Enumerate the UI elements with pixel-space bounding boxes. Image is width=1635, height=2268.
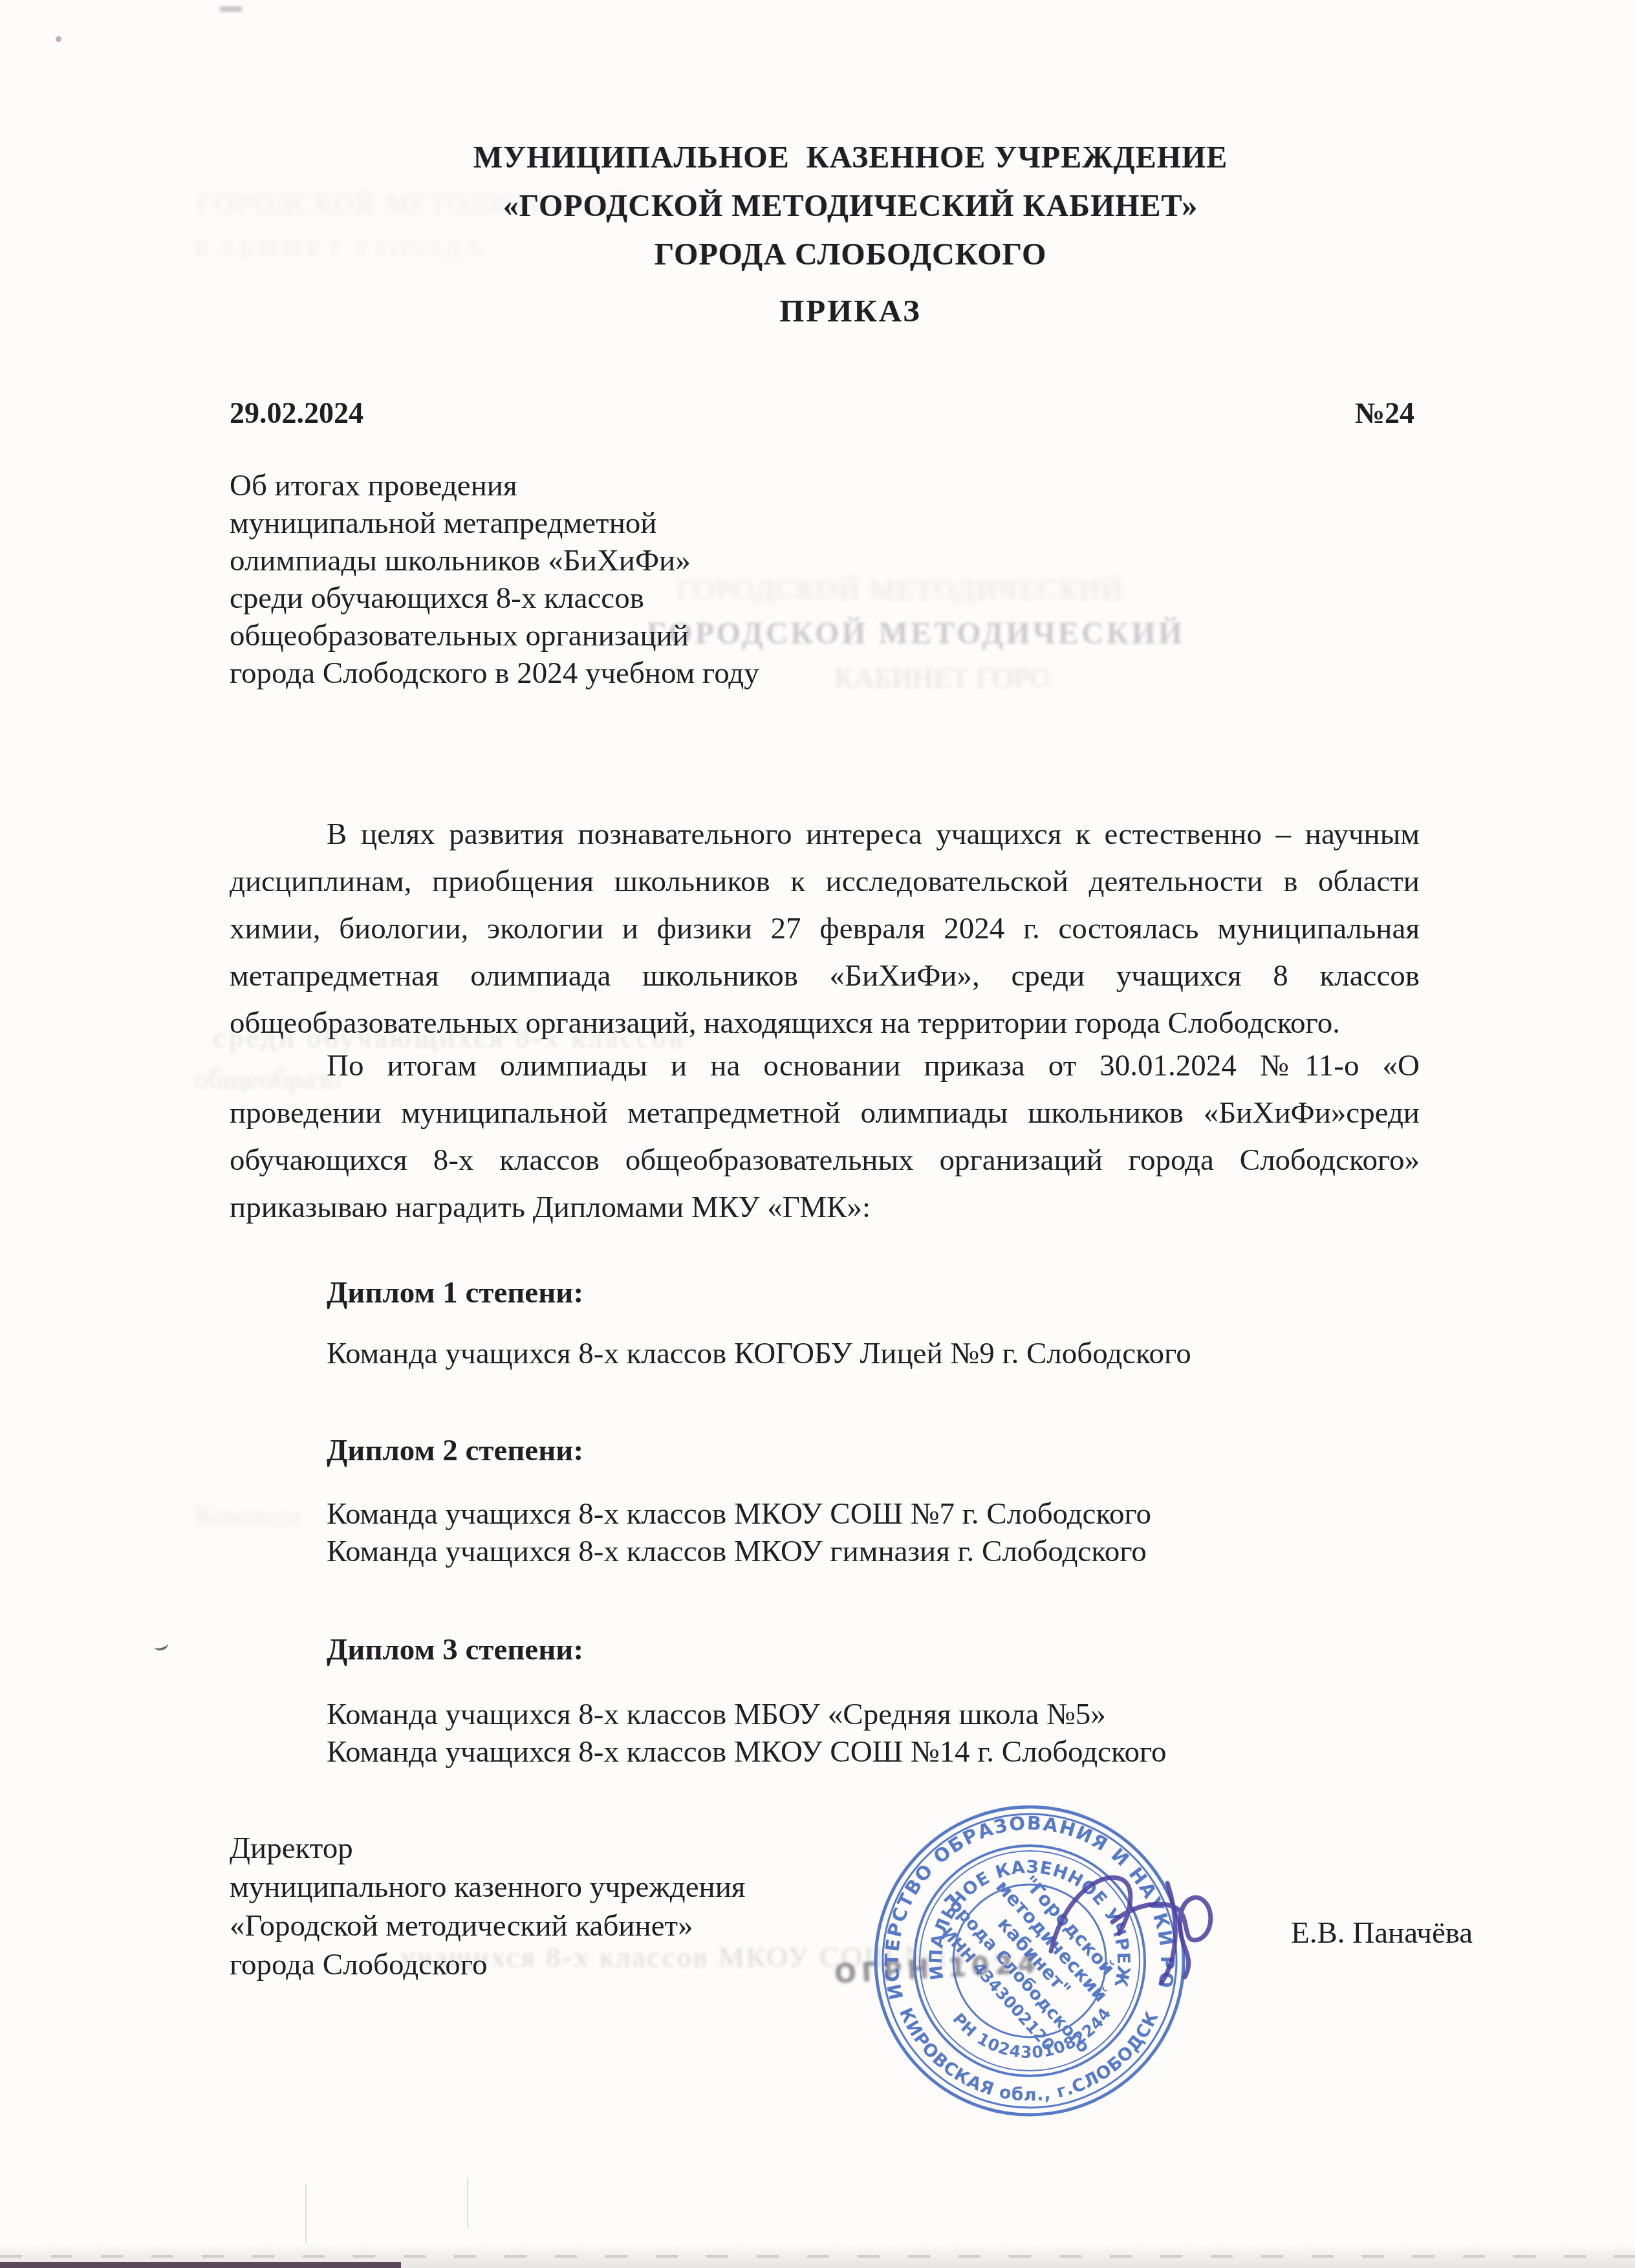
scan-speck xyxy=(56,36,61,42)
paragraph-line: проведении муниципальной метапредметной … xyxy=(230,1090,1420,1137)
paragraph-line: В целях развития познавательного интерес… xyxy=(230,811,1420,858)
subject-line: города Слободского в 2024 учебном году xyxy=(230,654,759,692)
subject-block: Об итогах проведения муниципальной метап… xyxy=(230,467,759,692)
ghost-text-team-line: Команда xyxy=(194,1498,301,1531)
scan-mark xyxy=(153,1639,169,1652)
award-title-1: Диплом 1 степени: xyxy=(327,1275,583,1310)
signatory-line: города Слободского xyxy=(230,1945,745,1984)
team-line: Команда учащихся 8-х классов МКОУ гимназ… xyxy=(327,1533,1151,1570)
org-name-line1: МУНИЦИПАЛЬНОЕ КАЗЕННОЕ УЧРЕЖДЕНИЕ xyxy=(194,133,1507,182)
signatory-line: муниципального казенного учреждения xyxy=(230,1868,745,1906)
award-teams-2: Команда учащихся 8-х классов МКОУ СОШ №7… xyxy=(327,1495,1151,1570)
subject-line: муниципальной метапредметной xyxy=(230,504,759,542)
team-line: Команда учащихся 8-х классов МКОУ СОШ №7… xyxy=(327,1495,1151,1533)
document-date: 29.02.2024 xyxy=(230,396,363,430)
team-line: Команда учащихся 8-х классов МКОУ СОШ №1… xyxy=(327,1733,1167,1771)
scan-bottom-dashes xyxy=(0,2255,1635,2258)
body-paragraph-1: В целях развития познавательного интерес… xyxy=(230,811,1420,1047)
ghost-text-subject-3: КАБИНЕТ ГОРОДА xyxy=(834,661,1048,695)
org-name-line2: «ГОРОДСКОЙ МЕТОДИЧЕСКИЙ КАБИНЕТ» xyxy=(194,182,1507,230)
paragraph-line: общеобразовательных организаций, находящ… xyxy=(230,1000,1420,1047)
scan-speck xyxy=(220,6,242,12)
date-number-row: 29.02.2024 №24 xyxy=(230,396,1414,430)
award-teams-3: Команда учащихся 8-х классов МБОУ «Средн… xyxy=(327,1696,1167,1771)
paragraph-line: химии, биологии, экологии и физики 27 фе… xyxy=(230,905,1420,953)
scanned-order-document: ГОРОДСКОЙ МЕТОДИЧЕСКИЙ КАБИНЕТ ГОРОДА ГО… xyxy=(0,0,1635,2268)
scan-scratch xyxy=(305,2185,307,2244)
subject-line: среди обучающихся 8-х классов xyxy=(230,579,759,617)
document-number: №24 xyxy=(1355,396,1414,430)
subject-line: олимпиады школьников «БиХиФи» xyxy=(230,542,759,579)
subject-line: общеобразовательных организаций xyxy=(230,617,759,654)
signatory-title-block: Директор муниципального казенного учрежд… xyxy=(230,1829,745,1984)
award-teams-1: Команда учащихся 8-х классов КОГОБУ Лице… xyxy=(327,1335,1191,1372)
paragraph-line: По итогам олимпиады и на основании прика… xyxy=(230,1042,1420,1090)
handwritten-signature xyxy=(1015,1844,1248,2013)
scan-bottom-edge-line xyxy=(0,2262,401,2268)
signatory-line: Директор xyxy=(230,1829,745,1868)
org-name-line3: ГОРОДА СЛОБОДСКОГО xyxy=(194,230,1507,279)
signatory-name: Е.В. Паначёва xyxy=(1291,1916,1473,1950)
document-type-title: ПРИКАЗ xyxy=(194,292,1507,329)
subject-line: Об итогах проведения xyxy=(230,467,759,504)
signatory-line: «Городской методический кабинет» xyxy=(230,1906,745,1945)
team-line: Команда учащихся 8-х классов КОГОБУ Лице… xyxy=(327,1335,1191,1372)
body-paragraph-2: По итогам олимпиады и на основании прика… xyxy=(230,1042,1420,1231)
org-header: МУНИЦИПАЛЬНОЕ КАЗЕННОЕ УЧРЕЖДЕНИЕ «ГОРОД… xyxy=(194,133,1507,279)
paragraph-line: метапредметная олимпиада школьников «БиХ… xyxy=(230,953,1420,1000)
paragraph-line: обучающихся 8-х классов общеобразователь… xyxy=(230,1137,1420,1184)
paragraph-line: приказываю наградить Дипломами МКУ «ГМК»… xyxy=(230,1184,1420,1231)
award-title-2: Диплом 2 степени: xyxy=(327,1433,583,1468)
team-line: Команда учащихся 8-х классов МБОУ «Средн… xyxy=(327,1696,1167,1733)
award-title-3: Диплом 3 степени: xyxy=(327,1632,583,1667)
scan-scratch xyxy=(467,2178,468,2229)
paragraph-line: дисциплинам, приобщения школьников к исс… xyxy=(230,858,1420,905)
